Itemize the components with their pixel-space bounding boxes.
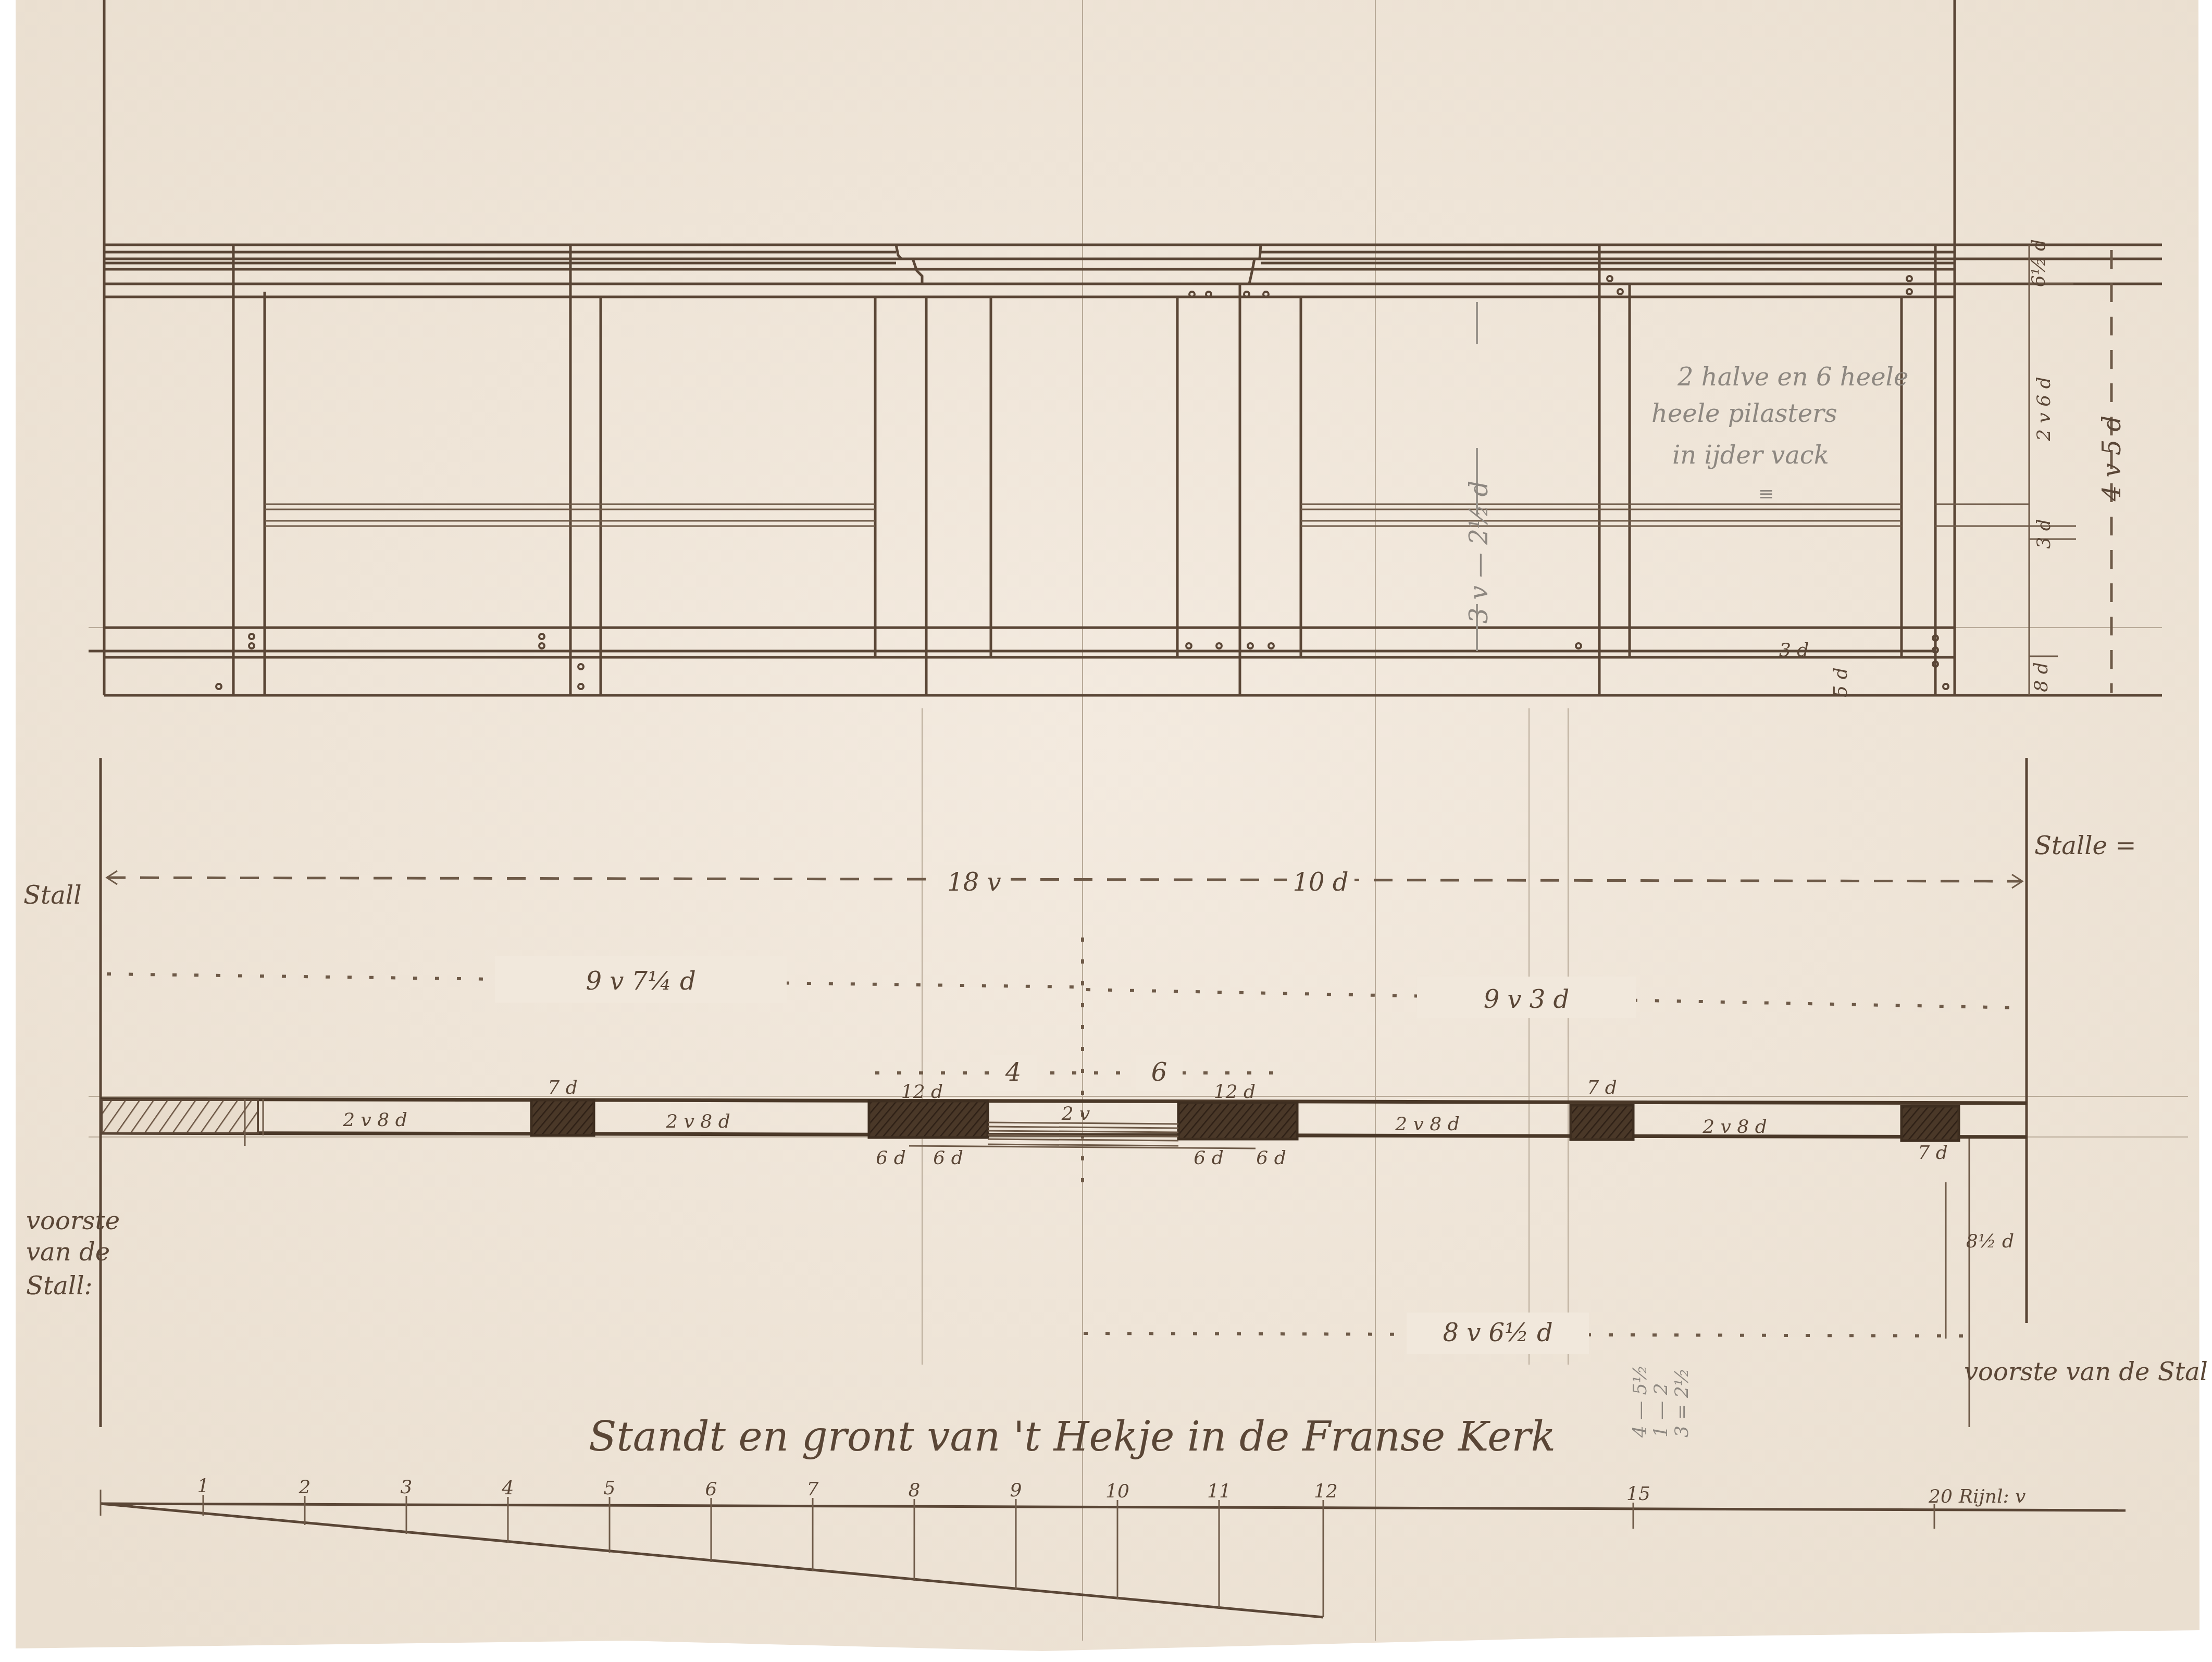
gate-post-right [1178, 1103, 1297, 1139]
svg-text:9 v 7¼ d: 9 v 7¼ d [586, 967, 695, 996]
architectural-drawing: 3 v — 2½ d 2 halve en 6 heele heele pila… [0, 0, 2212, 1662]
drawing-sheet: 3 v — 2½ d 2 halve en 6 heele heele pila… [0, 0, 2212, 1662]
gate-post-left [869, 1101, 988, 1138]
svg-text:6 d: 6 d [933, 1147, 963, 1169]
svg-text:6: 6 [705, 1479, 717, 1500]
svg-text:6 d: 6 d [876, 1147, 905, 1169]
svg-text:6 d: 6 d [1194, 1147, 1223, 1169]
svg-text:3 = 2½: 3 = 2½ [1671, 1368, 1693, 1438]
svg-text:van de: van de [26, 1238, 110, 1267]
svg-text:5 d: 5 d [1830, 667, 1851, 697]
svg-text:3 d: 3 d [1779, 640, 1809, 661]
svg-text:8 d: 8 d [2031, 662, 2052, 692]
svg-text:12: 12 [1314, 1481, 1338, 1502]
svg-text:3 v — 2½ d: 3 v — 2½ d [1464, 481, 1494, 623]
svg-text:5: 5 [604, 1478, 616, 1499]
post-4 [1571, 1105, 1633, 1140]
svg-text:4: 4 [502, 1478, 514, 1499]
svg-text:Rijnl: v: Rijnl: v [1958, 1486, 2025, 1507]
svg-text:3: 3 [401, 1477, 413, 1498]
svg-text:7 d: 7 d [1918, 1142, 1947, 1164]
svg-text:12 d: 12 d [901, 1081, 943, 1103]
svg-text:2 v 8 d: 2 v 8 d [342, 1109, 407, 1131]
svg-text:9: 9 [1010, 1480, 1022, 1501]
svg-text:10 d: 10 d [1293, 868, 1348, 897]
svg-text:Stall:: Stall: [26, 1271, 93, 1301]
svg-text:in ijder vack: in ijder vack [1672, 441, 1829, 470]
svg-text:9 v 3 d: 9 v 3 d [1484, 985, 1570, 1014]
svg-text:7 d: 7 d [1587, 1077, 1617, 1098]
svg-text:6 d: 6 d [1256, 1147, 1286, 1169]
svg-text:3 d: 3 d [2033, 519, 2055, 548]
svg-text:Stall: Stall [23, 881, 82, 910]
svg-text:8½ d: 8½ d [1966, 1231, 2014, 1252]
svg-text:15: 15 [1626, 1483, 1650, 1505]
svg-text:6½ d: 6½ d [2028, 239, 2049, 287]
svg-text:12 d: 12 d [1214, 1081, 1256, 1103]
svg-text:20: 20 [1928, 1486, 1953, 1507]
svg-text:7 d: 7 d [548, 1077, 577, 1098]
svg-text:2 v 6 d: 2 v 6 d [2033, 377, 2055, 442]
svg-text:8 v 6½ d: 8 v 6½ d [1443, 1318, 1552, 1347]
svg-text:8: 8 [909, 1480, 921, 1501]
paper [16, 0, 2199, 1651]
wall-end-hatched [102, 1100, 258, 1133]
svg-text:2 v 8 d: 2 v 8 d [665, 1111, 730, 1132]
svg-text:1: 1 [197, 1476, 209, 1497]
svg-text:≡: ≡ [1758, 483, 1774, 505]
svg-text:7: 7 [807, 1479, 819, 1500]
svg-text:6: 6 [1151, 1058, 1167, 1087]
drawing-title: Standt en gront van 't Hekje in de Frans… [589, 1414, 1556, 1460]
svg-text:1 — 2: 1 — 2 [1650, 1383, 1672, 1438]
svg-text:4 — 5½: 4 — 5½ [1630, 1365, 1651, 1438]
svg-text:2 halve en 6 heele: 2 halve en 6 heele [1677, 363, 1908, 392]
svg-text:2 v: 2 v [1061, 1103, 1090, 1124]
svg-text:10: 10 [1105, 1481, 1129, 1502]
svg-text:2: 2 [299, 1477, 311, 1498]
svg-text:2 v 8 d: 2 v 8 d [1395, 1114, 1460, 1135]
svg-text:11: 11 [1207, 1481, 1231, 1502]
svg-text:voorste van de Stal: voorste van de Stal [1964, 1357, 2208, 1386]
svg-text:18 v: 18 v [947, 868, 1001, 897]
post-5 [1902, 1106, 1959, 1141]
post-1 [531, 1100, 594, 1135]
svg-text:voorste: voorste [26, 1206, 120, 1235]
svg-text:4: 4 [1005, 1058, 1022, 1087]
svg-text:2 v 8 d: 2 v 8 d [1702, 1116, 1767, 1138]
svg-text:heele pilasters: heele pilasters [1651, 399, 1837, 428]
svg-text:4 v 5 d: 4 v 5 d [2097, 416, 2127, 502]
svg-text:Stalle =: Stalle = [2034, 831, 2136, 860]
